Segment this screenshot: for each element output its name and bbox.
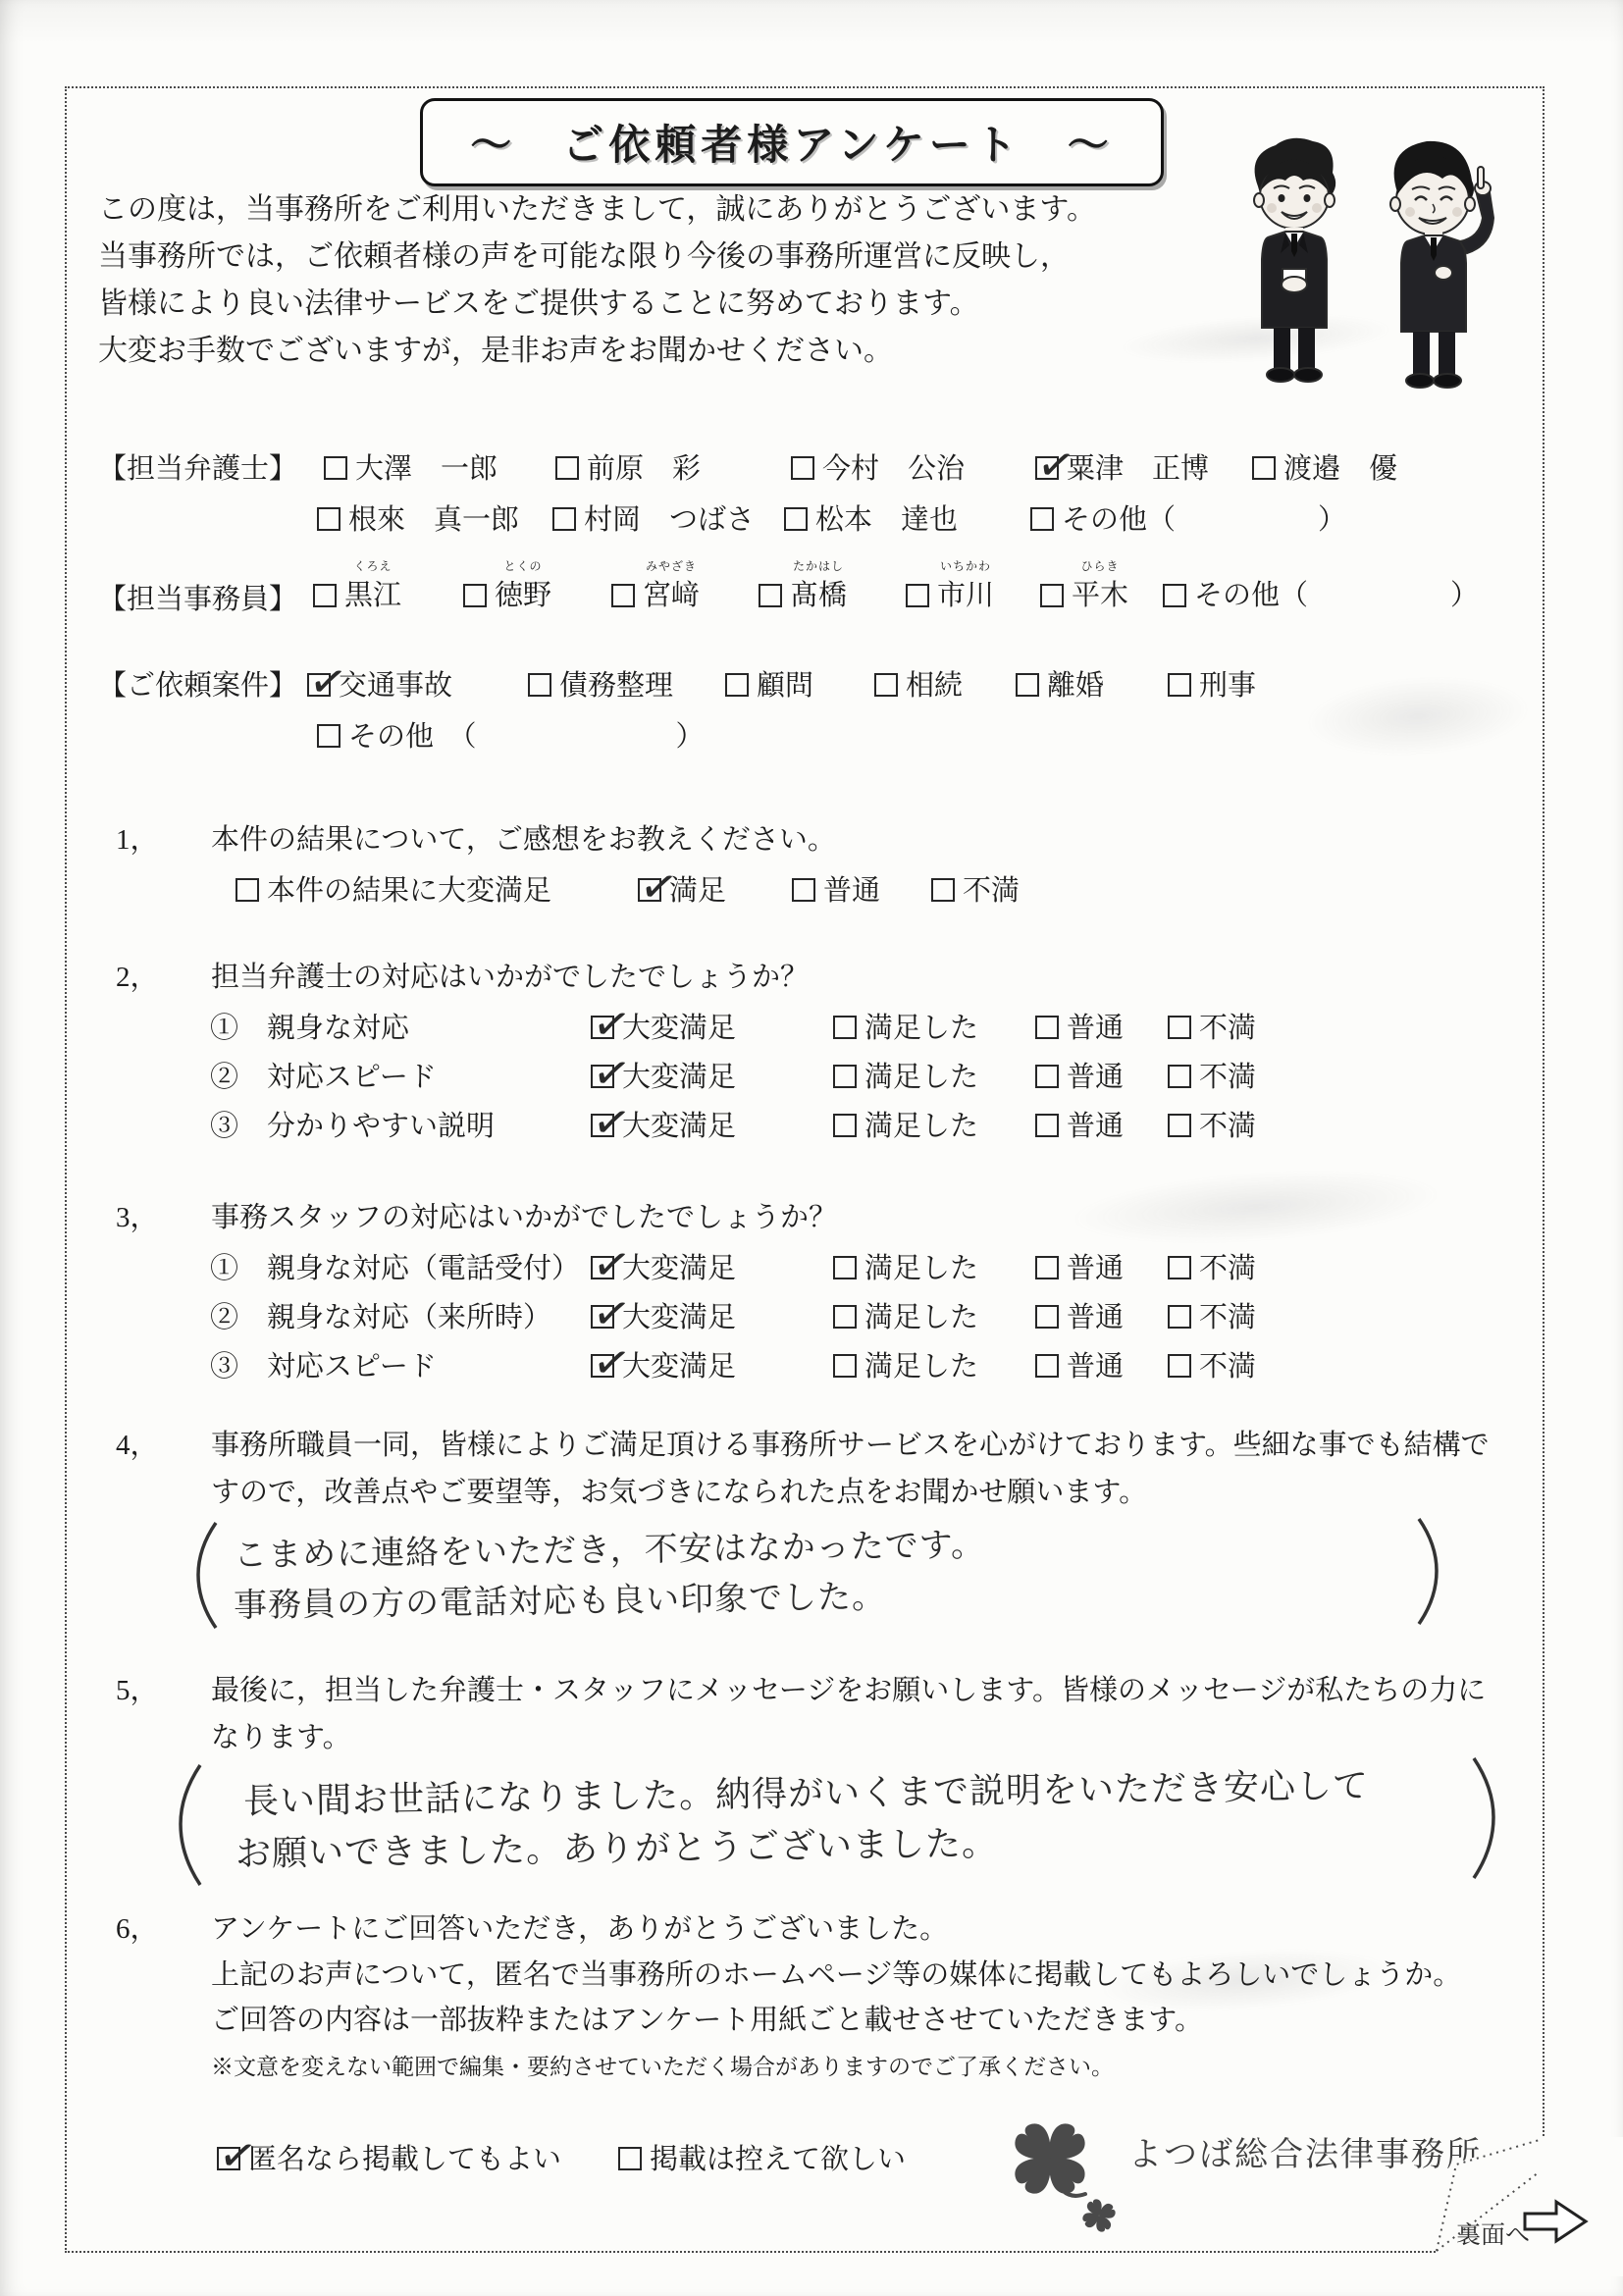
check-mark-icon: ✓ xyxy=(637,864,681,910)
q2-row1-option[interactable]: ✓満足した xyxy=(833,1006,978,1046)
item-number: ② xyxy=(210,1062,238,1093)
q2-row2-option[interactable]: ✓不満 xyxy=(1168,1055,1256,1095)
q2-row2-option[interactable]: ✓大変満足 xyxy=(591,1055,736,1095)
lawyer-option[interactable]: ✓その他（ ） xyxy=(1030,497,1346,538)
q3-row2-option[interactable]: ✓大変満足 xyxy=(591,1295,736,1335)
checkbox[interactable]: ✓ xyxy=(552,507,576,531)
option-label: 普通 xyxy=(1067,1062,1124,1093)
checkbox[interactable]: ✓ xyxy=(1030,507,1054,531)
case-option[interactable]: ✓交通事故 xyxy=(307,663,452,704)
q6-number: 6， xyxy=(116,1906,159,1947)
option-label: その他 （ ） xyxy=(348,721,705,753)
check-mark-icon: ✓ xyxy=(216,2133,260,2178)
q2-row1-option[interactable]: ✓大変満足 xyxy=(591,1006,736,1046)
q2-row3-option[interactable]: ✓普通 xyxy=(1035,1104,1124,1144)
case-section-row2: ✓その他 （ ） xyxy=(0,714,1623,763)
q3-row2: ② 親身な対応（来所時） ✓大変満足 ✓満足した ✓普通 ✓不満 xyxy=(0,1295,1623,1344)
option-label: 宮﨑 xyxy=(643,580,700,611)
checkbox[interactable]: ✓ xyxy=(833,1114,857,1137)
checkbox[interactable]: ✓ xyxy=(217,2147,240,2170)
q1-option[interactable]: ✓本件の結果に大変満足 xyxy=(236,868,551,909)
check-mark-icon: ✓ xyxy=(1034,443,1078,488)
option-label: 大変満足 xyxy=(622,1302,736,1333)
case-section-label: 【ご依頼案件】 xyxy=(98,663,297,704)
checkbox[interactable]: ✓ xyxy=(638,878,661,902)
lawyer-section-label: 【担当弁護士】 xyxy=(98,446,297,487)
staff-section-row: 【担当事務員】 ✓くろえ黒江 ✓とくの徳野 ✓みやざき宮﨑 ✓たかはし髙橋 ✓い… xyxy=(0,559,1623,620)
furigana: くろえ xyxy=(344,559,401,573)
q5-heading-row: 5， 最後に，担当した弁護士・スタッフにメッセージをお願いします。皆様のメッセー… xyxy=(0,1668,1623,1717)
q1-options-row: ✓本件の結果に大変満足 ✓満足 ✓普通 ✓不満 xyxy=(0,868,1623,917)
checkbox[interactable]: ✓ xyxy=(591,1065,614,1088)
q6-note-row: ※文意を変えない範囲で編集・要約させていただく場合がありますのでご了承ください。 xyxy=(0,2049,1623,2098)
option-label: 交通事故 xyxy=(339,670,452,702)
q2-row2-option[interactable]: ✓満足した xyxy=(833,1055,978,1095)
lawyer-option[interactable]: ✓村岡 つばさ xyxy=(552,497,755,538)
option-label: 普通 xyxy=(1067,1013,1124,1044)
staff-name: その他（ ） xyxy=(1194,559,1479,613)
check-mark-icon: ✓ xyxy=(306,659,350,704)
q2-row1-option[interactable]: ✓普通 xyxy=(1035,1006,1124,1046)
check-mark-icon: ✓ xyxy=(590,1340,634,1385)
item-label: 分かりやすい説明 xyxy=(267,1111,495,1142)
option-label: 掲載は控えて欲しい xyxy=(650,2144,906,2175)
option-label: 普通 xyxy=(1067,1111,1124,1142)
q3-heading-row: 3， 事務スタッフの対応はいかがでしたでしょうか？ xyxy=(0,1195,1623,1244)
option-label: 満足した xyxy=(864,1062,978,1093)
staff-name: いちかわ市川 xyxy=(937,559,994,613)
q2-row2-item: ② 対応スピード xyxy=(210,1055,437,1095)
checkbox[interactable]: ✓ xyxy=(833,1354,857,1378)
checkbox[interactable]: ✓ xyxy=(1040,584,1064,607)
checkbox[interactable]: ✓ xyxy=(324,456,347,480)
checkbox[interactable]: ✓ xyxy=(555,456,579,480)
q2-row1-option[interactable]: ✓不満 xyxy=(1168,1006,1256,1046)
q2-row2-option[interactable]: ✓普通 xyxy=(1035,1055,1124,1095)
item-label: 対応スピード xyxy=(267,1351,437,1383)
checkbox[interactable]: ✓ xyxy=(1168,1065,1191,1088)
option-label: 普通 xyxy=(1067,1351,1124,1383)
check-mark-icon: ✓ xyxy=(590,1291,634,1336)
checkbox[interactable]: ✓ xyxy=(1168,673,1191,697)
checkbox[interactable]: ✓ xyxy=(791,456,814,480)
checkbox[interactable]: ✓ xyxy=(317,507,340,531)
furigana: とくの xyxy=(495,559,551,573)
q3-row2-option[interactable]: ✓普通 xyxy=(1035,1295,1124,1335)
option-label: 匿名なら掲載してもよい xyxy=(248,2144,561,2175)
q3-row3-item: ③ 対応スピード xyxy=(210,1344,437,1384)
checkbox[interactable]: ✓ xyxy=(1252,456,1276,480)
checkbox[interactable]: ✓ xyxy=(1168,1114,1191,1137)
checkbox[interactable]: ✓ xyxy=(1163,584,1186,607)
checkbox[interactable]: ✓ xyxy=(784,507,808,531)
q1-text: 本件の結果について，ご感想をお教えください。 xyxy=(211,817,836,858)
q3-row3-option[interactable]: ✓普通 xyxy=(1035,1344,1124,1384)
option-label: 普通 xyxy=(1067,1302,1124,1333)
case-option[interactable]: ✓刑事 xyxy=(1168,663,1256,704)
option-label: 大澤 一郎 xyxy=(355,453,497,485)
option-label: 渡邉 優 xyxy=(1283,453,1397,485)
option-label: その他（ ） xyxy=(1062,504,1346,536)
checkbox[interactable]: ✓ xyxy=(1035,1114,1059,1137)
staff-name: とくの徳野 xyxy=(495,559,551,613)
option-label: 平木 xyxy=(1072,580,1128,611)
q3-row1-option[interactable]: ✓満足した xyxy=(833,1246,978,1286)
case-option[interactable]: ✓債務整理 xyxy=(528,663,673,704)
q2-row3: ③ 分かりやすい説明 ✓大変満足 ✓満足した ✓普通 ✓不満 xyxy=(0,1104,1623,1153)
checkbox[interactable]: ✓ xyxy=(528,673,551,697)
handwritten-bracket-right xyxy=(1470,1754,1497,1882)
option-label: 不満 xyxy=(1199,1013,1256,1044)
survey-page: ～ ご依頼者様アンケート ～ この度は，当事務所をご利用いただきまして，誠にあり… xyxy=(0,0,1623,2296)
q3-row1-item: ① 親身な対応（電話受付） xyxy=(210,1246,580,1286)
furigana: いちかわ xyxy=(937,559,994,573)
checkbox[interactable]: ✓ xyxy=(591,1305,614,1329)
q6-text-line2: 上記のお声について，匿名で当事務所のホームページ等の媒体に掲載してもよろしいでし… xyxy=(211,1953,1461,1993)
checkbox[interactable]: ✓ xyxy=(317,724,340,748)
q4-handwritten-line: 事務員の方の電話対応も良い印象でした。 xyxy=(234,1569,887,1626)
q3-row3: ③ 対応スピード ✓大変満足 ✓満足した ✓普通 ✓不満 xyxy=(0,1344,1623,1393)
q2-heading-row: 2， 担当弁護士の対応はいかがでしたでしょうか？ xyxy=(0,955,1623,1004)
option-label: 不満 xyxy=(1199,1062,1256,1093)
checkbox[interactable]: ✓ xyxy=(1168,1256,1191,1279)
option-label: 髙橋 xyxy=(790,580,847,611)
checkbox[interactable]: ✓ xyxy=(236,878,259,902)
lawyer-option[interactable]: ✓粟津 正博 xyxy=(1035,446,1209,487)
checkbox[interactable]: ✓ xyxy=(1168,1354,1191,1378)
checkbox[interactable]: ✓ xyxy=(931,878,955,902)
q3-row2-option[interactable]: ✓不満 xyxy=(1168,1295,1256,1335)
option-label: 本件の結果に大変満足 xyxy=(267,875,551,907)
intro-line: この度は，当事務所をご利用いただきまして，誠にありがとうございます。 xyxy=(98,186,1096,234)
q4-number: 4， xyxy=(116,1423,159,1463)
option-label: 相続 xyxy=(906,670,963,702)
q1-option[interactable]: ✓満足 xyxy=(638,868,726,909)
q3-row1: ① 親身な対応（電話受付） ✓大変満足 ✓満足した ✓普通 ✓不満 xyxy=(0,1246,1623,1295)
q2-row3-option[interactable]: ✓不満 xyxy=(1168,1104,1256,1144)
q6-text-line3: ご回答の内容は一部抜粋またはアンケート用紙ごと載せさせていただきます。 xyxy=(211,1998,1203,2038)
q3-row1-option[interactable]: ✓不満 xyxy=(1168,1246,1256,1286)
checkbox[interactable]: ✓ xyxy=(792,878,815,902)
q3-row1-option[interactable]: ✓普通 xyxy=(1035,1246,1124,1286)
handwritten-bracket-left xyxy=(177,1761,204,1889)
q4-text-line2: すので，改善点やご要望等，お気づきになられた点をお聞かせ願います。 xyxy=(211,1470,1147,1510)
q2-row1-item: ① 親身な対応 xyxy=(210,1006,409,1046)
clover-logo xyxy=(989,2100,1136,2255)
lawyer-option[interactable]: ✓渡邉 優 xyxy=(1252,446,1397,487)
q2-row3-item: ③ 分かりやすい説明 xyxy=(210,1104,495,1144)
option-label: 大変満足 xyxy=(622,1111,736,1142)
checkbox[interactable]: ✓ xyxy=(1168,1016,1191,1039)
option-label: 満足した xyxy=(864,1253,978,1284)
staff-name: ひらき平木 xyxy=(1072,559,1128,613)
case-section-row1: 【ご依頼案件】 ✓交通事故 ✓債務整理 ✓顧問 ✓相続 ✓離婚 ✓刑事 xyxy=(0,663,1623,712)
staff-name: くろえ黒江 xyxy=(344,559,401,613)
q5-handwritten-line: お願いできました。ありがとうございました。 xyxy=(236,1816,999,1877)
item-number: ① xyxy=(210,1013,238,1044)
q3-row3-option[interactable]: ✓大変満足 xyxy=(591,1344,736,1384)
option-label: その他（ ） xyxy=(1194,580,1479,611)
option-label: 根來 真一郎 xyxy=(348,504,519,536)
q5-number: 5， xyxy=(116,1668,159,1708)
check-mark-icon: ✓ xyxy=(590,1100,634,1145)
checkbox[interactable]: ✓ xyxy=(1035,456,1059,480)
lawyers-illustration xyxy=(1229,133,1513,436)
checkbox[interactable]: ✓ xyxy=(463,584,487,607)
intro-line: 大変お手数でございますが，是非お声をお聞かせください。 xyxy=(98,328,1096,375)
q1-option[interactable]: ✓不満 xyxy=(931,868,1020,909)
q3-row2-item: ② 親身な対応（来所時） xyxy=(210,1295,551,1335)
back-arrow-icon xyxy=(1523,2198,1592,2245)
option-label: 不満 xyxy=(1199,1351,1256,1383)
lawyer-section-row1: 【担当弁護士】 ✓大澤 一郎 ✓前原 彩 ✓今村 公治 ✓粟津 正博 ✓渡邉 優 xyxy=(0,446,1623,496)
item-number: ① xyxy=(210,1253,238,1284)
option-label: 離婚 xyxy=(1047,670,1104,702)
checkbox[interactable]: ✓ xyxy=(759,584,782,607)
staff-option[interactable]: ✓くろえ黒江 xyxy=(313,559,401,613)
q5-text-line2: なります。 xyxy=(211,1715,351,1755)
lawyer-option[interactable]: ✓大澤 一郎 xyxy=(324,446,497,487)
option-label: 普通 xyxy=(823,875,880,907)
checkbox[interactable]: ✓ xyxy=(833,1016,857,1039)
option-label: 大変満足 xyxy=(622,1013,736,1044)
checkbox[interactable]: ✓ xyxy=(906,584,929,607)
q2-row3-option[interactable]: ✓満足した xyxy=(833,1104,978,1144)
checkbox[interactable]: ✓ xyxy=(591,1016,614,1039)
checkbox[interactable]: ✓ xyxy=(1035,1256,1059,1279)
lawyer-option[interactable]: ✓根來 真一郎 xyxy=(317,497,519,538)
q3-text: 事務スタッフの対応はいかがでしたでしょうか？ xyxy=(211,1195,837,1235)
checkbox[interactable]: ✓ xyxy=(591,1256,614,1279)
staff-option[interactable]: ✓とくの徳野 xyxy=(463,559,551,613)
checkbox[interactable]: ✓ xyxy=(591,1114,614,1137)
lawyers-illustration-svg xyxy=(1229,133,1513,428)
q4-text-line1: 事務所職員一同，皆様によりご満足頂ける事務所サービスを心がけております。些細な事… xyxy=(211,1423,1490,1463)
q6-option[interactable]: ✓掲載は控えて欲しい xyxy=(618,2137,906,2177)
intro-paragraph: この度は，当事務所をご利用いただきまして，誠にありがとうございます。 当事務所で… xyxy=(98,186,1096,375)
item-label: 対応スピード xyxy=(267,1062,437,1093)
staff-option[interactable]: ✓みやざき宮﨑 xyxy=(611,559,700,613)
furigana: ひらき xyxy=(1072,559,1128,573)
intro-line: 皆様により良い法律サービスをご提供することに努めております。 xyxy=(98,281,1096,328)
checkbox[interactable]: ✓ xyxy=(1035,1305,1059,1329)
checkbox[interactable]: ✓ xyxy=(1168,1305,1191,1329)
item-number: ③ xyxy=(210,1351,238,1383)
option-label: 村岡 つばさ xyxy=(584,504,755,536)
q4-heading-row: 4， 事務所職員一同，皆様によりご満足頂ける事務所サービスを心がけております。些… xyxy=(0,1423,1623,1472)
checkbox[interactable]: ✓ xyxy=(1035,1065,1059,1088)
staff-section-label: 【担当事務員】 xyxy=(98,577,297,617)
q6-heading-row: 6， アンケートにご回答いただき，ありがとうございました。 xyxy=(0,1906,1623,1956)
lawyer-option[interactable]: ✓前原 彩 xyxy=(555,446,701,487)
item-label: 親身な対応 xyxy=(267,1013,409,1044)
q4-heading-row2: すので，改善点やご要望等，お気づきになられた点をお聞かせ願います。 xyxy=(0,1470,1623,1519)
check-mark-icon: ✓ xyxy=(590,1051,634,1096)
q6-note: ※文意を変えない範囲で編集・要約させていただく場合がありますのでご了承ください。 xyxy=(211,2049,1114,2081)
q6-text-row2: 上記のお声について，匿名で当事務所のホームページ等の媒体に掲載してもよろしいでし… xyxy=(0,1953,1623,2002)
option-label: 不満 xyxy=(963,875,1020,907)
option-label: 満足した xyxy=(864,1111,978,1142)
option-label: 満足した xyxy=(864,1351,978,1383)
checkbox[interactable]: ✓ xyxy=(725,673,749,697)
checkbox[interactable]: ✓ xyxy=(1035,1016,1059,1039)
option-label: 不満 xyxy=(1199,1302,1256,1333)
q1-number: 1， xyxy=(116,817,159,858)
option-label: 大変満足 xyxy=(622,1062,736,1093)
q3-row1-option[interactable]: ✓大変満足 xyxy=(591,1246,736,1286)
checkbox[interactable]: ✓ xyxy=(833,1256,857,1279)
q3-row3-option[interactable]: ✓満足した xyxy=(833,1344,978,1384)
q1-option[interactable]: ✓普通 xyxy=(792,868,880,909)
lawyer-option[interactable]: ✓今村 公治 xyxy=(791,446,965,487)
furigana xyxy=(1194,559,1479,573)
checkbox[interactable]: ✓ xyxy=(1016,673,1039,697)
lawyer-option[interactable]: ✓松本 達也 xyxy=(784,497,958,538)
staff-option[interactable]: ✓いちかわ市川 xyxy=(906,559,994,613)
option-label: 前原 彩 xyxy=(587,453,701,485)
option-label: 満足した xyxy=(864,1302,978,1333)
checkbox[interactable]: ✓ xyxy=(874,673,898,697)
intro-line: 当事務所では，ご依頼者様の声を可能な限り今後の事務所運営に反映し， xyxy=(98,234,1096,281)
q3-row3-option[interactable]: ✓不満 xyxy=(1168,1344,1256,1384)
option-label: 市川 xyxy=(937,580,994,611)
staff-option[interactable]: ✓その他（ ） xyxy=(1163,559,1479,613)
handwritten-bracket-right xyxy=(1415,1515,1440,1628)
q3-row2-option[interactable]: ✓満足した xyxy=(833,1295,978,1335)
title-box: ～ ご依頼者様アンケート ～ xyxy=(420,98,1164,186)
checkbox[interactable]: ✓ xyxy=(833,1305,857,1329)
case-option[interactable]: ✓その他 （ ） xyxy=(317,714,705,755)
option-label: 債務整理 xyxy=(559,670,673,702)
q6-option[interactable]: ✓匿名なら掲載してもよい xyxy=(217,2137,561,2177)
check-mark-icon: ✓ xyxy=(590,1242,634,1287)
option-label: 黒江 xyxy=(344,580,401,611)
checkbox[interactable]: ✓ xyxy=(307,673,331,697)
staff-name: みやざき宮﨑 xyxy=(643,559,700,613)
four-leaf-clover-icon xyxy=(989,2100,1136,2247)
option-label: 大変満足 xyxy=(622,1351,736,1383)
item-number: ③ xyxy=(210,1111,238,1142)
staff-option[interactable]: ✓たかはし髙橋 xyxy=(759,559,847,613)
q5-heading-row2: なります。 xyxy=(0,1715,1623,1764)
option-label: 普通 xyxy=(1067,1253,1124,1284)
checkbox[interactable]: ✓ xyxy=(611,584,635,607)
q6-text-row3: ご回答の内容は一部抜粋またはアンケート用紙ごと載せさせていただきます。 xyxy=(0,1998,1623,2047)
case-option[interactable]: ✓離婚 xyxy=(1016,663,1104,704)
item-number: ② xyxy=(210,1302,238,1333)
case-option[interactable]: ✓相続 xyxy=(874,663,963,704)
q5-text-line1: 最後に，担当した弁護士・スタッフにメッセージをお願いします。皆様のメッセージが私… xyxy=(211,1668,1486,1708)
back-side-label: 裏面へ xyxy=(1456,2216,1530,2251)
lawyer-section-row2: ✓根來 真一郎 ✓村岡 つばさ ✓松本 達也 ✓その他（ ） xyxy=(0,497,1623,547)
option-label: 不満 xyxy=(1199,1111,1256,1142)
checkbox[interactable]: ✓ xyxy=(833,1065,857,1088)
option-label: 粟津 正博 xyxy=(1067,453,1209,485)
option-label: 満足した xyxy=(864,1013,978,1044)
staff-option[interactable]: ✓ひらき平木 xyxy=(1040,559,1128,613)
checkbox[interactable]: ✓ xyxy=(618,2147,642,2170)
q3-number: 3， xyxy=(116,1195,159,1235)
q2-row3-option[interactable]: ✓大変満足 xyxy=(591,1104,736,1144)
option-label: 松本 達也 xyxy=(815,504,958,536)
q6-text-line1: アンケートにご回答いただき，ありがとうございました。 xyxy=(211,1906,948,1947)
option-label: 顧問 xyxy=(757,670,813,702)
q2-text: 担当弁護士の対応はいかがでしたでしょうか？ xyxy=(211,955,809,995)
q1-heading-row: 1， 本件の結果について，ご感想をお教えください。 xyxy=(0,817,1623,866)
furigana: みやざき xyxy=(643,559,700,573)
option-label: 不満 xyxy=(1199,1253,1256,1284)
page-title: ～ ご依頼者様アンケート ～ xyxy=(470,113,1113,172)
checkbox[interactable]: ✓ xyxy=(1035,1354,1059,1378)
option-label: 徳野 xyxy=(495,580,551,611)
item-label: 親身な対応（電話受付） xyxy=(267,1253,580,1284)
item-label: 親身な対応（来所時） xyxy=(267,1302,551,1333)
checkbox[interactable]: ✓ xyxy=(313,584,337,607)
furigana: たかはし xyxy=(790,559,847,573)
check-mark-icon: ✓ xyxy=(590,1002,634,1047)
case-option[interactable]: ✓顧問 xyxy=(725,663,813,704)
staff-name: たかはし髙橋 xyxy=(790,559,847,613)
option-label: 今村 公治 xyxy=(822,453,965,485)
handwritten-bracket-left xyxy=(194,1519,220,1632)
option-label: 刑事 xyxy=(1199,670,1256,702)
option-label: 大変満足 xyxy=(622,1253,736,1284)
q2-row2: ② 対応スピード ✓大変満足 ✓満足した ✓普通 ✓不満 xyxy=(0,1055,1623,1104)
q2-row1: ① 親身な対応 ✓大変満足 ✓満足した ✓普通 ✓不満 xyxy=(0,1006,1623,1055)
checkbox[interactable]: ✓ xyxy=(591,1354,614,1378)
q2-number: 2， xyxy=(116,955,159,995)
